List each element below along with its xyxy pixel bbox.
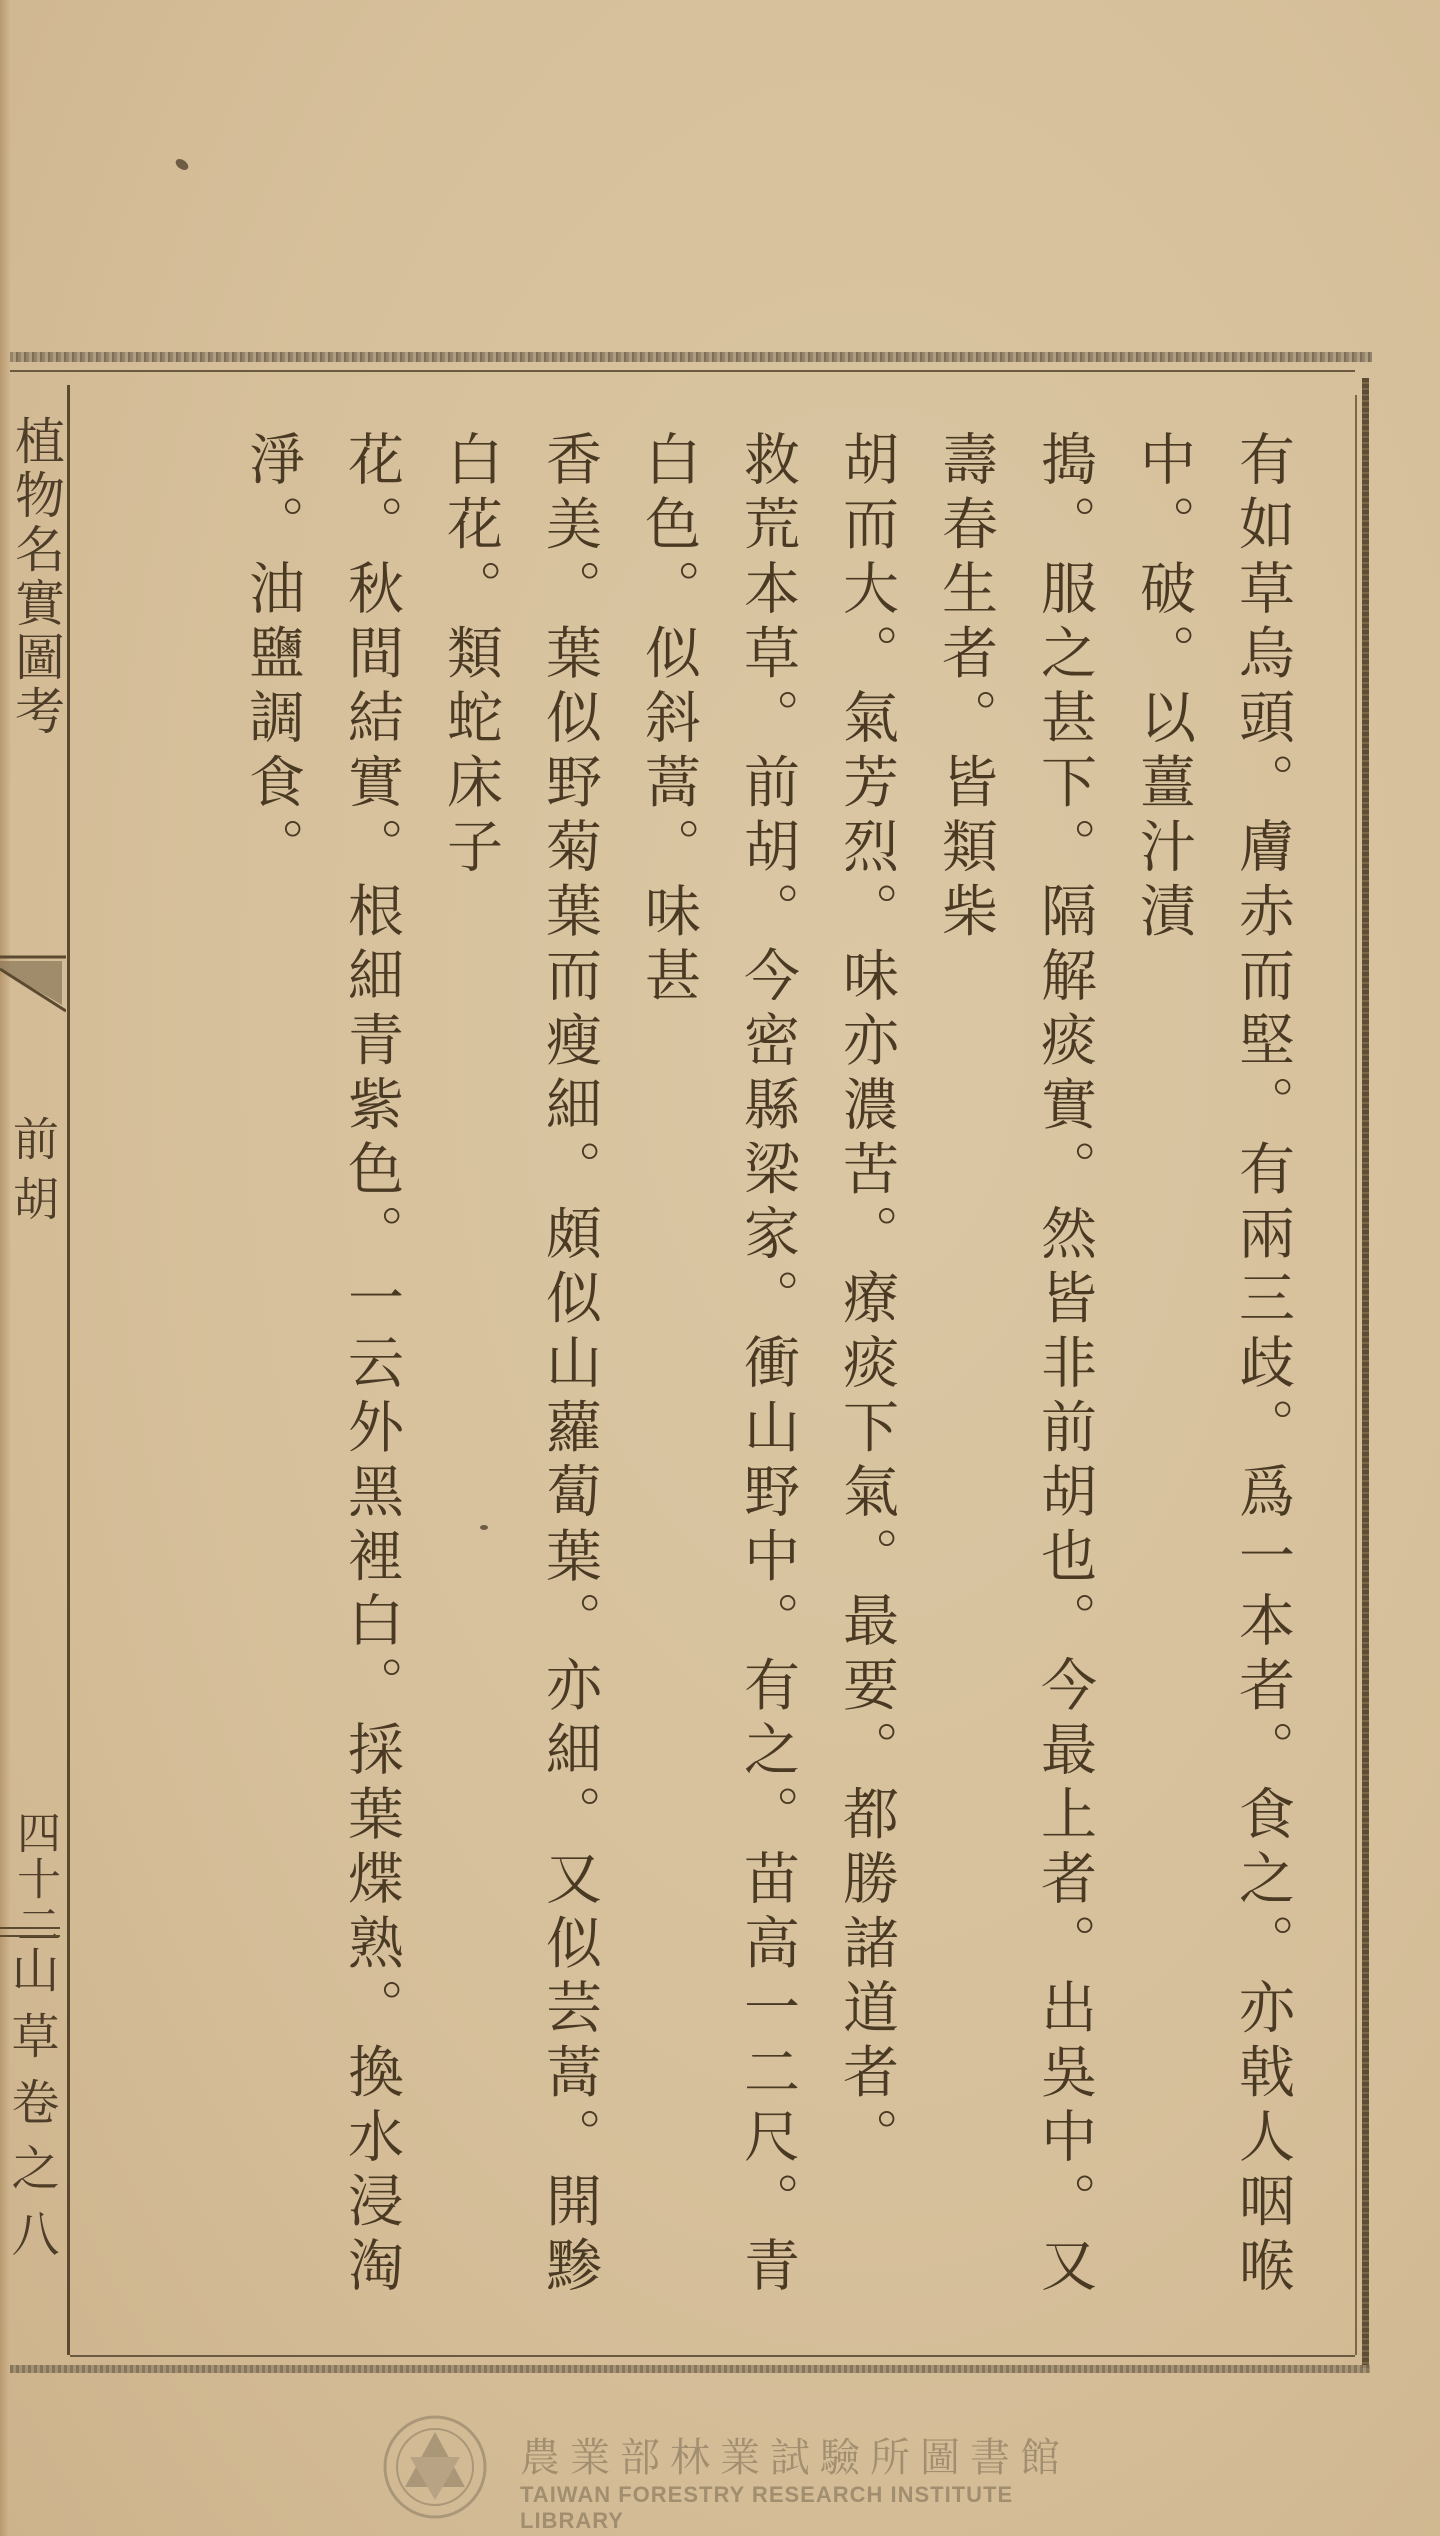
page-frame-bottom-border [10,2365,1370,2373]
page-frame-bottom-inner-rule [70,2355,1355,2357]
watermark-english: TAIWAN FORESTRY RESEARCH INSTITUTE LIBRA… [520,2482,1080,2534]
text-column: 花。秋間結實。根細青紫色。一云外黑裡白。採葉煠熟。換水浸淘淨。油鹽調食。 [223,430,421,2310]
page-frame-right-inner-rule [1355,395,1357,2355]
text-column: 搗。服之甚下。隔解痰實。然皆非前胡也。今最上者。出吳中。又壽春生者。皆類柴 [916,430,1114,2310]
fishtail-ornament-icon [0,955,66,1015]
page-frame-top-border [10,352,1372,362]
margin-column-rule [67,385,70,2355]
text-column: 有如草烏頭。膚赤而堅。有兩三歧。爲一本者。食之。亦戟人咽喉中。破。以薑汁漬 [1114,430,1312,2310]
paper-speck [174,157,191,172]
page-frame-top-inner-rule [10,370,1355,372]
text-column: 香美。葉似野菊葉而瘦細。頗似山蘿蔔葉。亦細。又似芸蒿。開黪白花。類蛇床子 [421,430,619,2310]
book-title: 植物名實圖考 [8,415,64,975]
library-watermark: 農業部林業試驗所圖書館 TAIWAN FORESTRY RESEARCH INS… [380,2412,1080,2522]
margin-divider [0,1927,60,1937]
volume-label: 山草卷之八 [10,1945,66,2275]
body-text: 有如草烏頭。膚赤而堅。有兩三歧。爲一本者。食之。亦戟人咽喉中。破。以薑汁漬 搗。… [223,430,1312,2310]
section-title: 前胡 [14,1115,66,1235]
watermark-chinese: 農業部林業試驗所圖書館 [520,2426,1070,2483]
paper-speck [480,1525,488,1530]
text-column: 救荒本草。前胡。今密縣梁家。衝山野中。有之。苗高一二尺。青白色。似斜蒿。味甚 [619,430,817,2310]
page-margin-column: 植物名實圖考 前胡 四十二 山草卷之八 [0,385,66,2360]
institute-logo-icon [380,2412,490,2522]
text-column: 胡而大。氣芳烈。味亦濃苦。療痰下氣。最要。都勝諸道者。 [817,430,916,2310]
page-frame-right-border [1362,378,1369,2368]
